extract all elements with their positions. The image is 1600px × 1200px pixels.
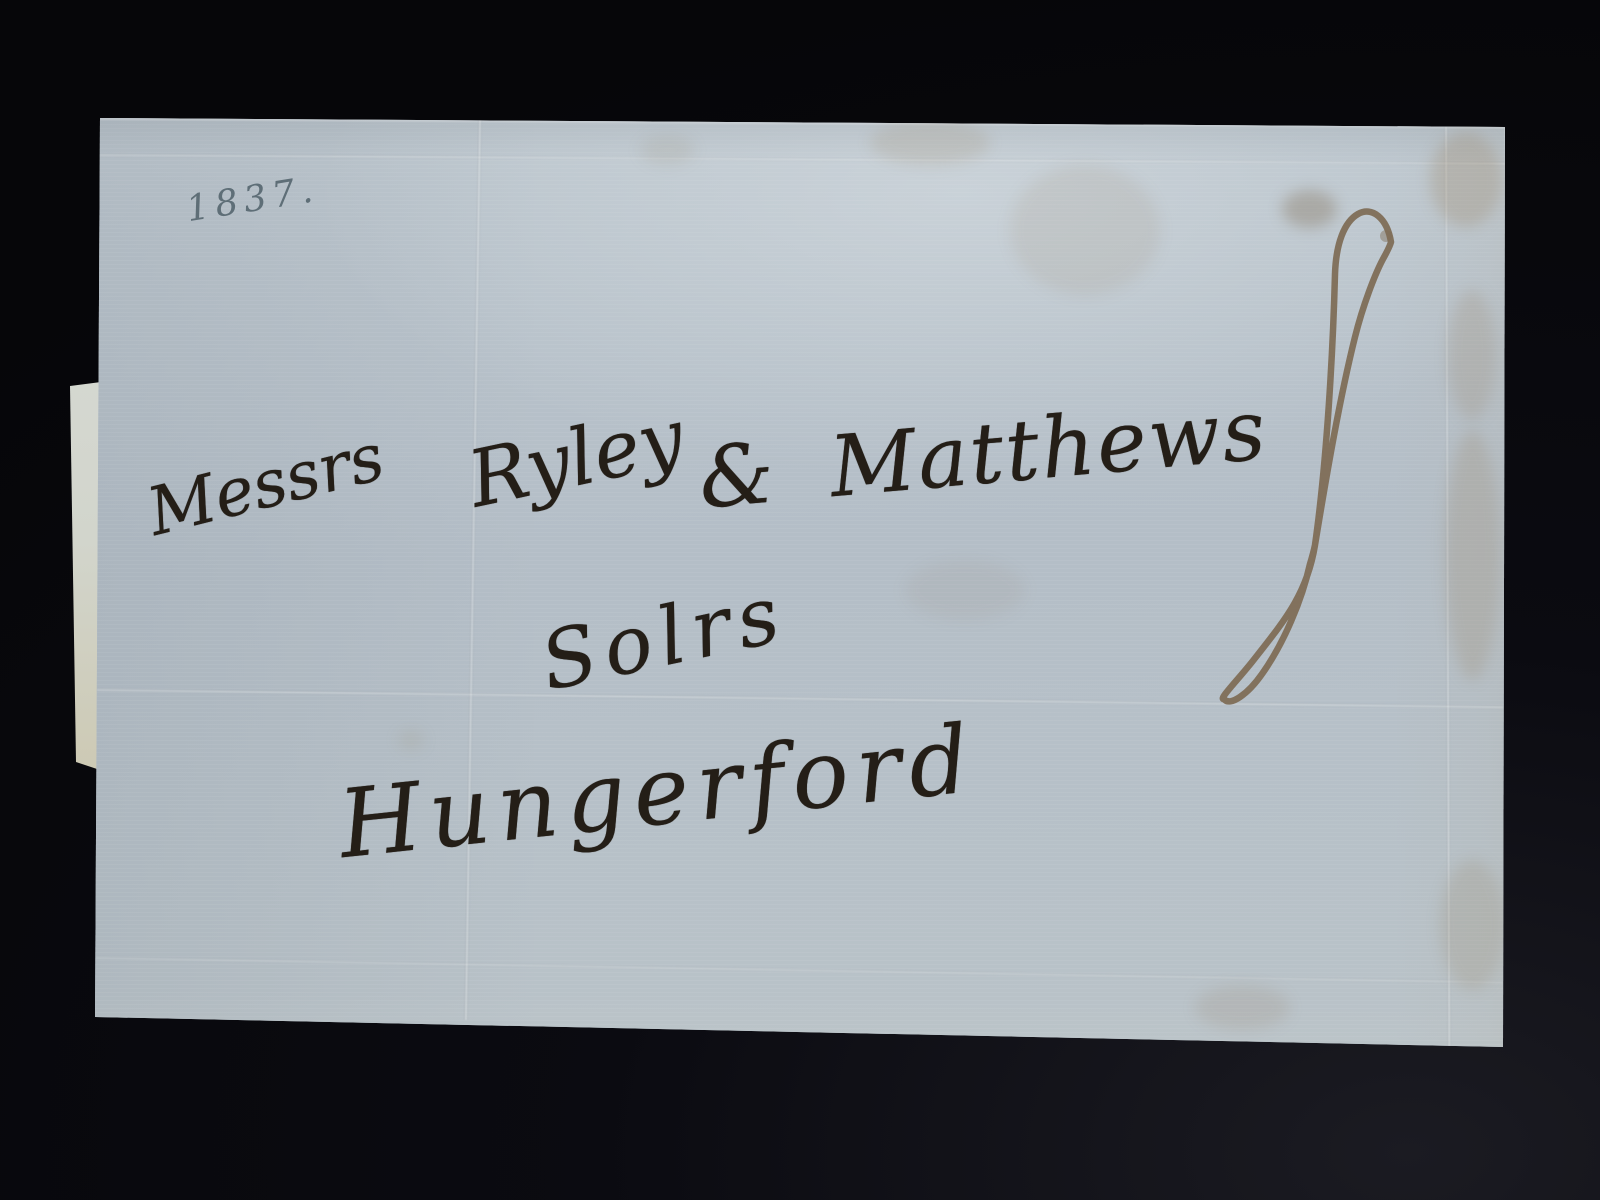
address-name-ryley: Ryley bbox=[462, 398, 690, 519]
stain bbox=[905, 560, 1025, 620]
address-name-matthews: & Matthews bbox=[695, 387, 1270, 520]
stain bbox=[1010, 165, 1160, 295]
stain bbox=[398, 730, 424, 750]
manuscript-rate-8-icon: 8 bbox=[1200, 202, 1405, 717]
stain bbox=[1195, 985, 1290, 1030]
fold-crease-vertical-left bbox=[464, 118, 482, 1020]
address-town-hungerford: Hungerford bbox=[335, 713, 982, 873]
address-descriptor-solicitors: Solrs bbox=[534, 573, 793, 703]
address-recipient-prefix: Messrs bbox=[142, 424, 391, 546]
fold-shadow-bottom bbox=[94, 985, 1503, 1065]
stain bbox=[870, 120, 990, 165]
folded-letter-cover: 1837. Messrs Ryley & Matthews Solrs Hung… bbox=[0, 0, 1600, 1200]
stain bbox=[1430, 132, 1502, 227]
pencil-year-annotation: 1837. bbox=[184, 172, 321, 228]
photo-background: 1837. Messrs Ryley & Matthews Solrs Hung… bbox=[0, 0, 1600, 1200]
stain bbox=[1440, 860, 1505, 990]
stain bbox=[1448, 290, 1496, 420]
stain bbox=[1445, 430, 1500, 680]
fold-crease-horizontal-bottom bbox=[96, 956, 1503, 985]
stain bbox=[640, 135, 695, 165]
